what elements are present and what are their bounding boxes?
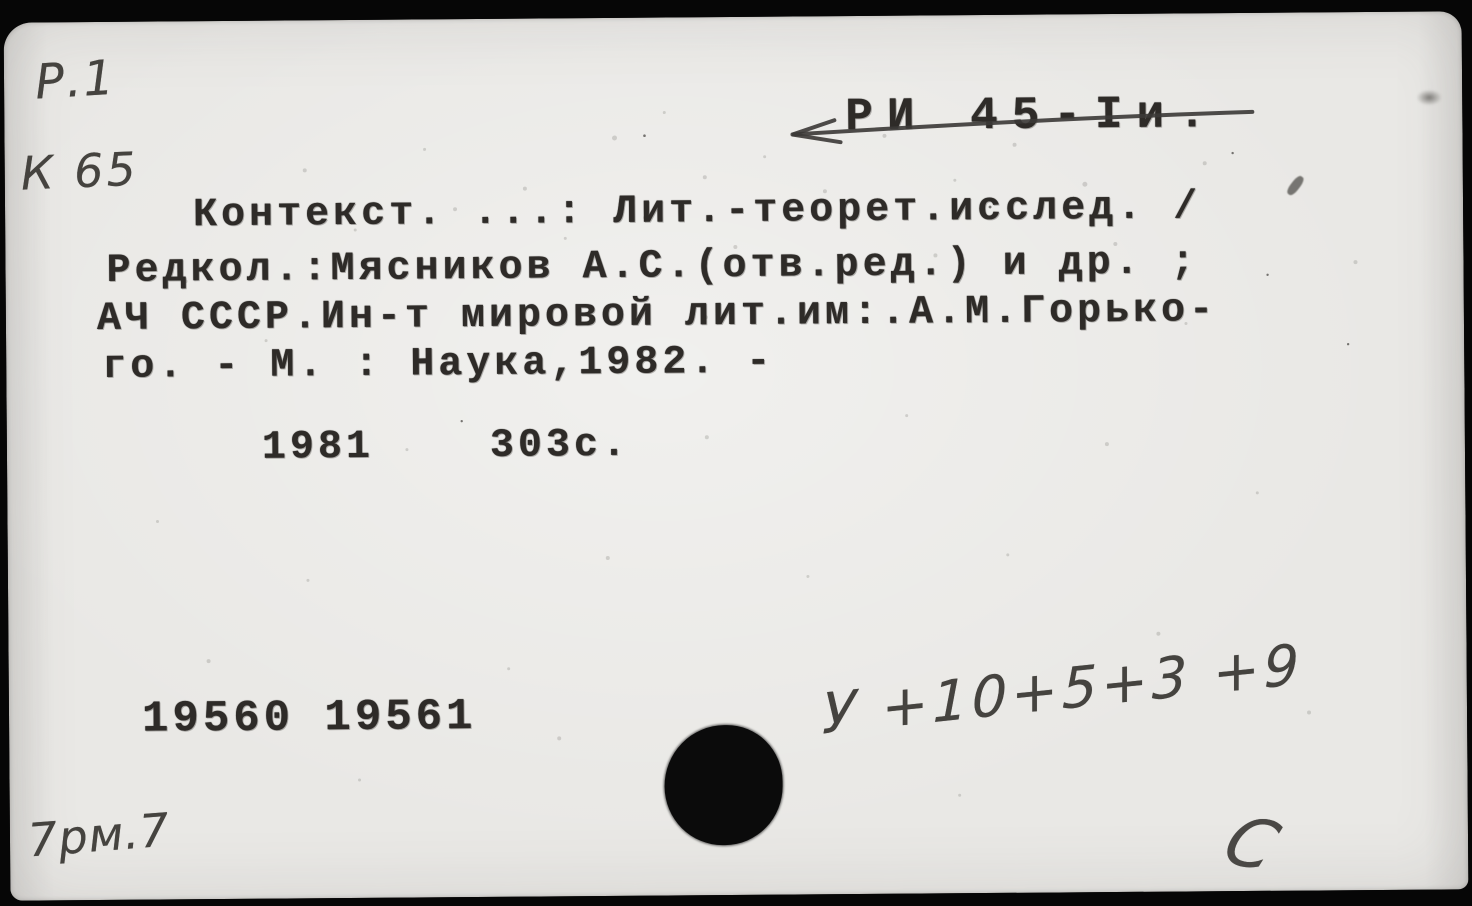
- pen-speck: [1285, 174, 1306, 197]
- cancelled-call-number: РИ 45-Iи.: [845, 91, 1220, 140]
- handwritten-price-note: 7рм.7: [26, 807, 171, 864]
- bib-line-4: го. - М. : Наука,1982. -: [102, 343, 774, 388]
- year-value: 1981: [262, 428, 374, 469]
- bib-line-1: Контекст. ...: Лит.-теорет.исслед. /: [193, 188, 1201, 236]
- handwritten-copies-formula: У +10+5+3 +9: [822, 637, 1303, 743]
- shelf-mark-top: Р.1: [34, 54, 117, 107]
- bib-line-3: АЧ СССР.Ин-т мировой лит.им:.А.М.Горько-: [97, 291, 1217, 340]
- shelf-mark-bottom: К 65: [20, 146, 140, 197]
- bib-line-2: Редкол.:Мясников А.С.(отв.ред.) и др. ;: [106, 243, 1198, 292]
- page-count: 303с.: [490, 426, 630, 467]
- accession-numbers: 19560 19561: [142, 695, 477, 742]
- library-catalog-card: Р.1 К 65 РИ 45-Iи. Контекст. ...: Лит.-т…: [4, 11, 1469, 900]
- handwritten-letter-c: С: [1215, 808, 1287, 882]
- ink-smudge: [1416, 89, 1442, 105]
- punch-hole-dot: [664, 725, 783, 846]
- bibliographic-entry: Контекст. ...: Лит.-теорет.исслед. / Ред…: [4, 11, 1462, 22]
